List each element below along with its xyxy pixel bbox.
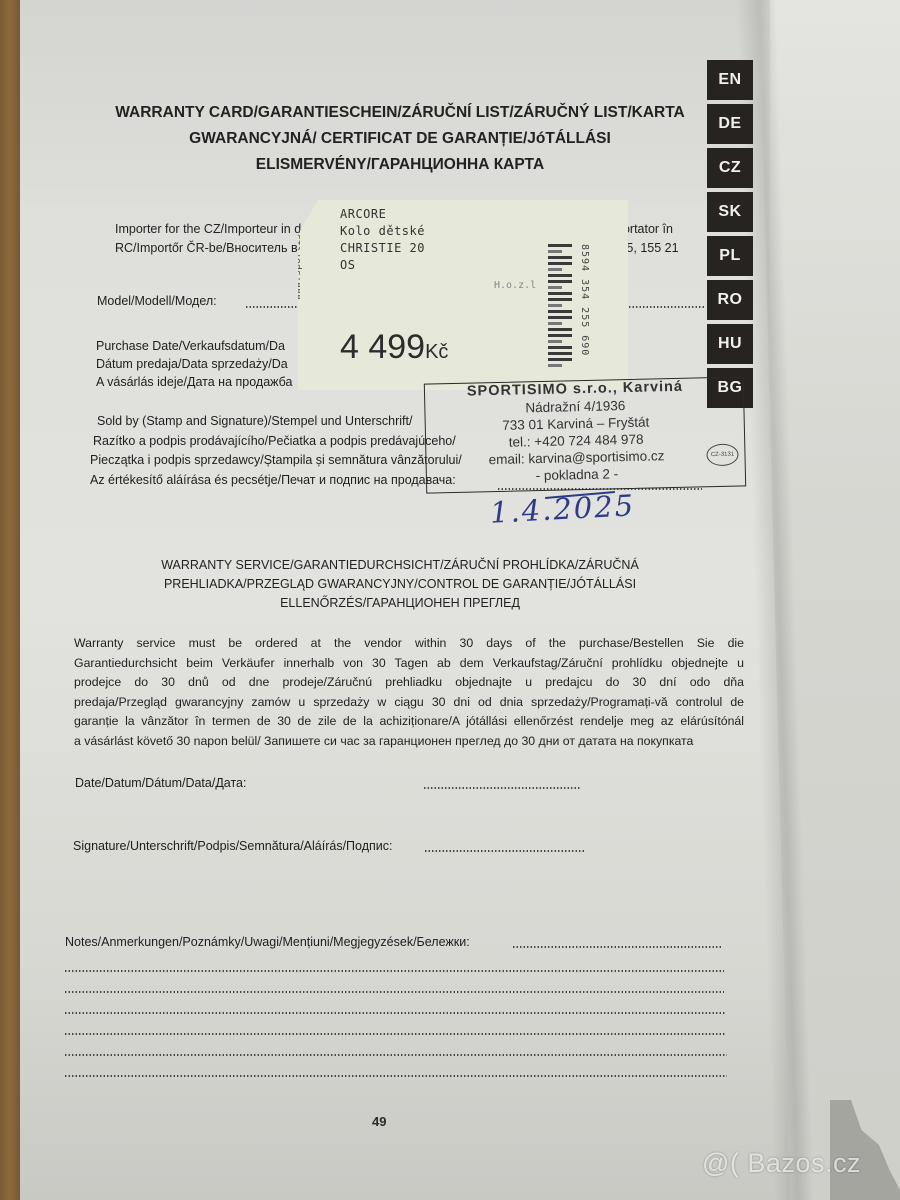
service-date-label: Date/Datum/Dátum/Data/Дата: [75,776,246,790]
product-brand: ARCORE [340,206,425,223]
notes-dotted-line[interactable] [64,991,724,993]
title-line: ELISMERVÉNY/ГАРАНЦИОННА КАРТА [90,152,710,178]
warranty-card-title: WARRANTY CARD/GARANTIESCHEIN/ZÁRUČNÍ LIS… [90,100,710,178]
language-tab-en: EN [707,60,753,100]
warranty-service-title: WARRANTY SERVICE/GARANTIEDURCHSICHT/ZÁRU… [120,556,680,613]
language-tab-cz: CZ [707,148,753,188]
price-currency: Kč [425,341,448,363]
model-field-dotted-line[interactable] [245,306,300,308]
service-signature-dotted-line[interactable] [424,850,584,852]
title-line: WARRANTY CARD/GARANTIESCHEIN/ZÁRUČNÍ LIS… [90,100,710,126]
model-field-dotted-line[interactable] [628,306,706,308]
language-tabs: EN DE CZ SK PL RO HU BG [707,60,753,412]
language-tab-ro: RO [707,280,753,320]
product-size: OS [340,257,425,274]
label-line: Sold by (Stamp and Signature)/Stempel un… [90,412,462,432]
language-tab-sk: SK [707,192,753,232]
label-line: Pieczątka i podpis sprzedawcy/Ștampila ș… [90,451,462,471]
model-label: Model/Modell/Модел: [97,294,217,308]
seal-icon: CZ-3131 [706,444,738,467]
price-tag-sticker: ARCORE Kolo dětské CHRISTIE 20 OS www.sp… [298,200,628,390]
product-description: ARCORE Kolo dětské CHRISTIE 20 OS [340,206,425,274]
label-line: Dátum predaja/Data sprzedaży/Da [96,355,292,373]
label-line: A vásárlás ideje/Дата на продажба [96,373,292,391]
warranty-service-instructions: Warranty service must be ordered at the … [74,634,744,751]
body-line: predaja/Przegląd gwarancyjny zamów u spr… [74,693,744,713]
label-line: Az értékesítő aláírása és pecsétje/Печат… [90,471,462,491]
page-number: 49 [372,1114,386,1129]
sold-by-label: Sold by (Stamp and Signature)/Stempel un… [90,412,462,490]
product-code-faint: H.o.z.l [494,280,536,291]
title-line: GWARANCYJNÁ/ CERTIFICAT DE GARANȚIE/JóTÁ… [90,126,710,152]
barcode-icon [548,244,572,372]
notes-dotted-line[interactable] [64,970,724,972]
price: 4 499Kč [340,328,448,367]
body-line: garanție la vânzător în termen de 30 de … [74,712,744,732]
notes-dotted-line[interactable] [64,1054,727,1056]
language-tab-pl: PL [707,236,753,276]
notes-dotted-line[interactable] [512,946,722,948]
body-line: Warranty service must be ordered at the … [74,634,744,654]
label-line: Razítko a podpis prodávajícího/Pečiatka … [90,432,462,452]
product-type: Kolo dětské [340,223,425,240]
body-line: prodejce do 30 dnů od dne prodeje/Záručn… [74,673,744,693]
body-line: a vásárlást követő 30 napon belül/ Запиш… [74,732,744,752]
purchase-date-label: Purchase Date/Verkaufsdatum/Da Dátum pre… [96,337,292,391]
notes-dotted-line[interactable] [64,1012,725,1014]
bazos-watermark: @( Bazos.cz [702,1148,861,1179]
language-tab-hu: HU [707,324,753,364]
notes-dotted-line[interactable] [64,1033,726,1035]
subtitle-line: WARRANTY SERVICE/GARANTIEDURCHSICHT/ZÁRU… [120,556,680,575]
service-signature-label: Signature/Unterschrift/Podpis/Semnătura/… [73,839,392,853]
body-line: Garantiedurchsicht beim Verkäufer innerh… [74,654,744,674]
store-stamp: SPORTISIMO s.r.o., Karviná Nádražní 4/19… [424,376,746,493]
service-date-dotted-line[interactable] [423,787,581,789]
notes-dotted-line[interactable] [64,1075,727,1077]
notes-label: Notes/Anmerkungen/Poznámky/Uwagi/Mențiun… [65,935,470,949]
subtitle-line: PREHLIADKA/PRZEGLĄD GWARANCYJNY/CONTROL … [120,575,680,594]
barcode-number: 8594 354 255 690 [579,244,590,356]
label-line: Purchase Date/Verkaufsdatum/Da [96,337,292,355]
subtitle-line: ELLENŐRZÉS/ГАРАНЦИОНЕН ПРЕГЛЕД [120,594,680,613]
product-model: CHRISTIE 20 [340,240,425,257]
price-value: 4 499 [340,328,425,366]
language-tab-de: DE [707,104,753,144]
